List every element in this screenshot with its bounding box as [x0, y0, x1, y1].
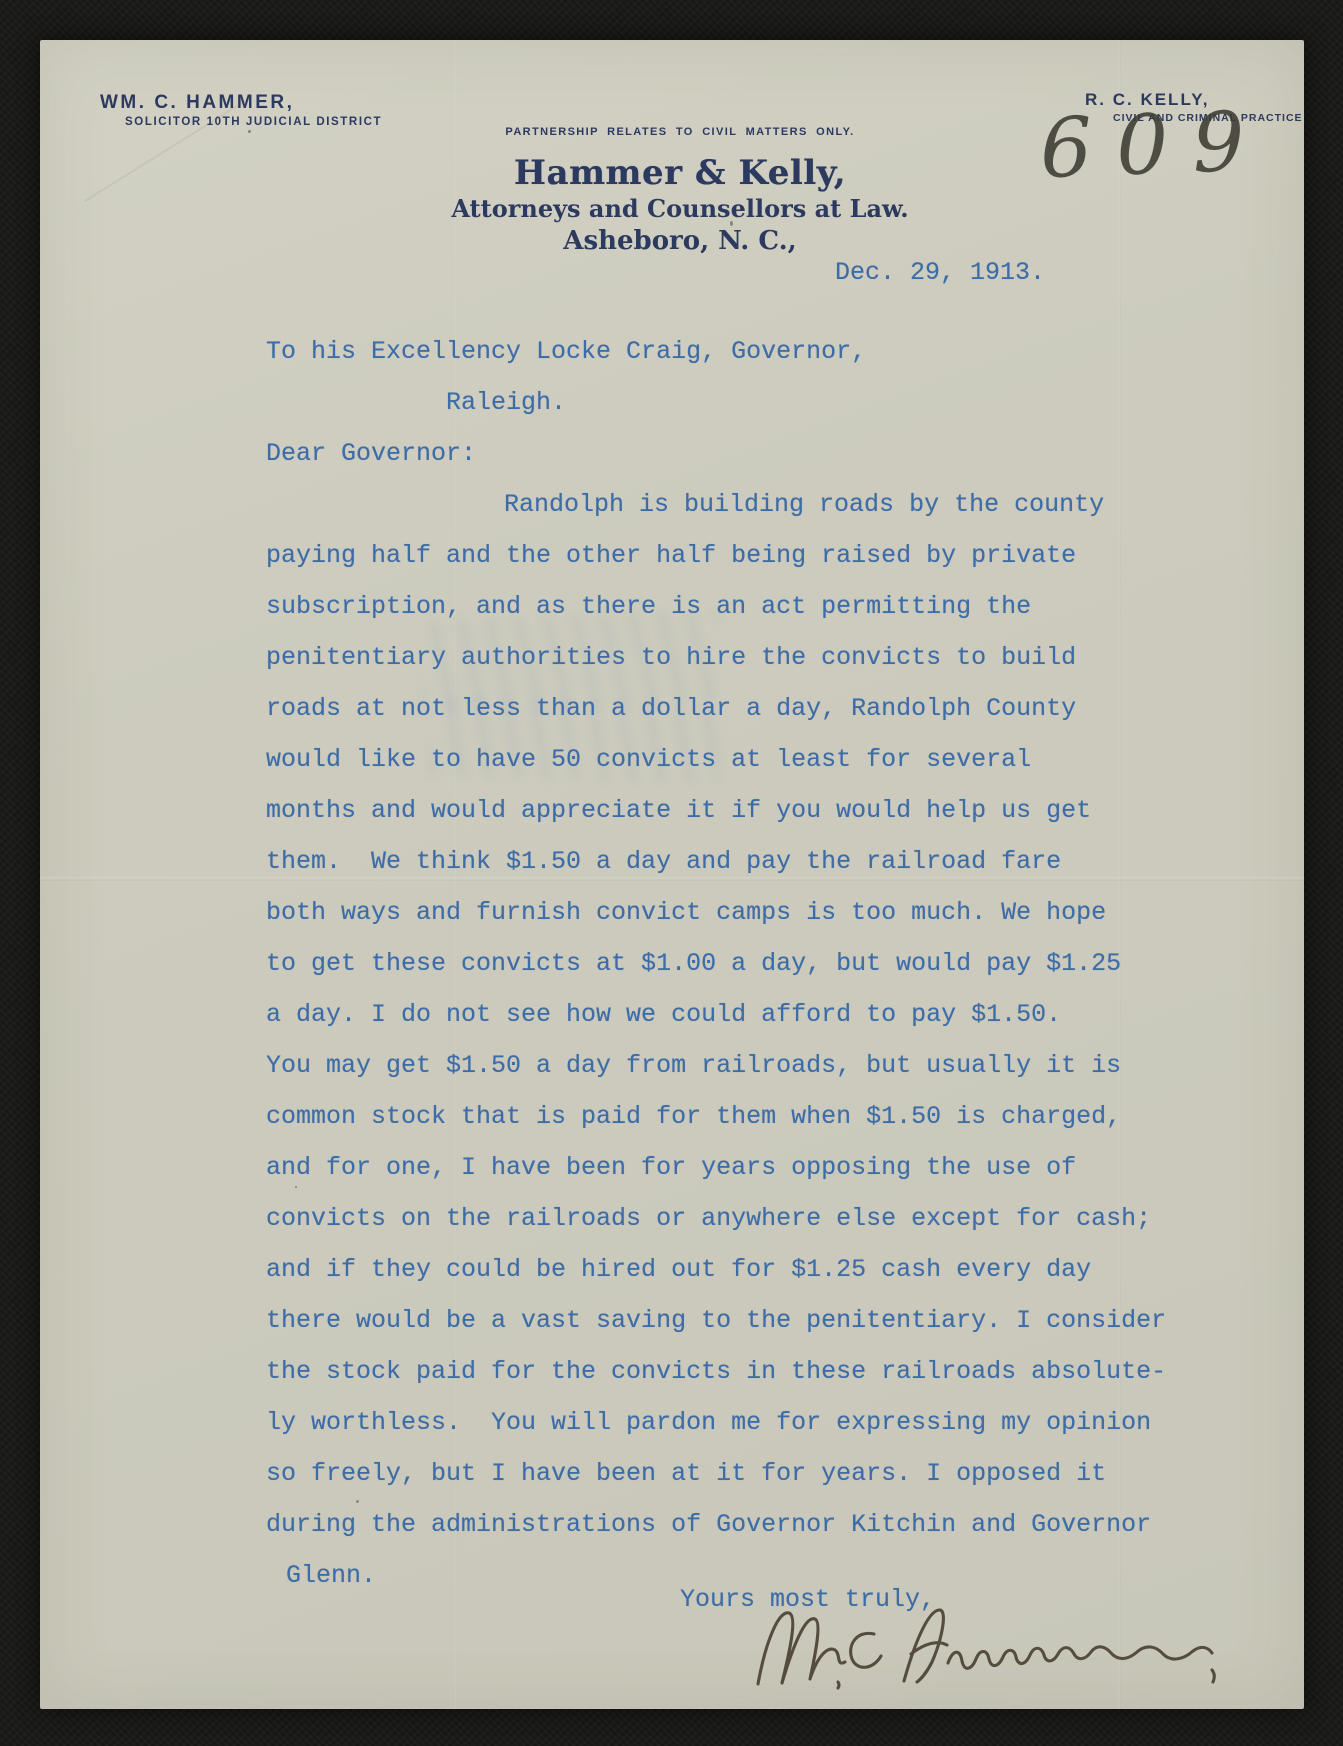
date-line: Dec. 29, 1913.: [835, 258, 1045, 287]
letterhead-city-line: Asheboro, N. C.,: [380, 226, 980, 256]
handwritten-page-number: 609: [1038, 94, 1270, 197]
body-line: roads at not less than a dollar a day, R…: [266, 683, 1186, 734]
letterhead-left-attorney-name: WM. C. HAMMER,: [100, 92, 294, 114]
body-line: subscription, and as there is an act per…: [266, 581, 1186, 632]
body-line: paying half and the other half being rai…: [266, 530, 1186, 581]
recipient-city-line: Raleigh.: [266, 377, 1186, 428]
body-line: and for one, I have been for years oppos…: [266, 1142, 1186, 1193]
body-line: You may get $1.50 a day from railroads, …: [266, 1040, 1186, 1091]
handwritten-signature: [748, 1598, 1233, 1698]
body-line: convicts on the railroads or anywhere el…: [266, 1193, 1186, 1244]
body-line: the stock paid for the convicts in these…: [266, 1346, 1186, 1397]
letterhead-firm-name: Hammer & Kelly,: [380, 153, 980, 193]
letterhead-left-attorney-title: SOLICITOR 10TH JUDICIAL DISTRICT: [125, 116, 382, 128]
body-line: common stock that is paid for them when …: [266, 1091, 1186, 1142]
body-line: would like to have 50 convicts at least …: [266, 734, 1186, 785]
letterhead-partnership-note: PARTNERSHIP RELATES TO CIVIL MATTERS ONL…: [380, 126, 980, 138]
letterhead-firm-subtitle: Attorneys and Counsellors at Law.: [380, 194, 980, 223]
scanned-letter-canvas: WM. C. HAMMER, SOLICITOR 10TH JUDICIAL D…: [0, 0, 1343, 1746]
body-line: them. We think $1.50 a day and pay the r…: [266, 836, 1186, 887]
body-line: so freely, but I have been at it for yea…: [266, 1448, 1186, 1499]
body-line: both ways and furnish convict camps is t…: [266, 887, 1186, 938]
body-line: during the administrations of Governor K…: [266, 1499, 1186, 1550]
body-line: months and would appreciate it if you wo…: [266, 785, 1186, 836]
salutation: Dear Governor:: [266, 428, 1186, 479]
recipient-line: To his Excellency Locke Craig, Governor,: [266, 326, 1186, 377]
body-line: there would be a vast saving to the peni…: [266, 1295, 1186, 1346]
body-line: ly worthless. You will pardon me for exp…: [266, 1397, 1186, 1448]
body-line: to get these convicts at $1.00 a day, bu…: [266, 938, 1186, 989]
body-line: penitentiary authorities to hire the con…: [266, 632, 1186, 683]
letter-body: To his Excellency Locke Craig, Governor,…: [266, 326, 1186, 1601]
body-line: and if they could be hired out for $1.25…: [266, 1244, 1186, 1295]
paper-speck: [248, 130, 251, 133]
body-line: Randolph is building roads by the county: [266, 479, 1186, 530]
body-line: a day. I do not see how we could afford …: [266, 989, 1186, 1040]
